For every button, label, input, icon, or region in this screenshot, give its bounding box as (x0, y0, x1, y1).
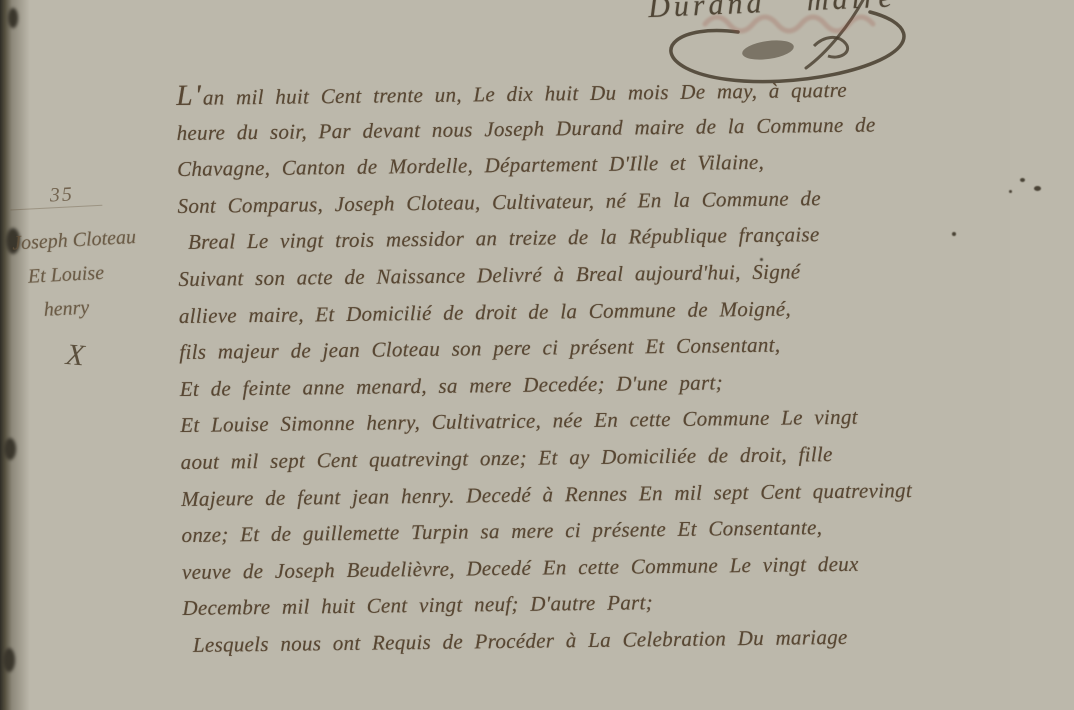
margin-annotations: 35 Joseph Cloteau Et Louise henry X (9, 178, 189, 373)
margin-cross-mark: X (17, 334, 86, 374)
act-text: L'an mil huit Cent trente un, Le dix hui… (176, 67, 1069, 663)
page-edge-mark (8, 8, 18, 28)
act-number: 35 (9, 182, 102, 211)
ink-bleedthrough-mark (700, 2, 920, 42)
document-page: Durand maire 35 Joseph Cloteau Et Louise… (0, 0, 1074, 710)
page-edge-mark (3, 648, 15, 672)
page-edge-mark (4, 438, 16, 460)
